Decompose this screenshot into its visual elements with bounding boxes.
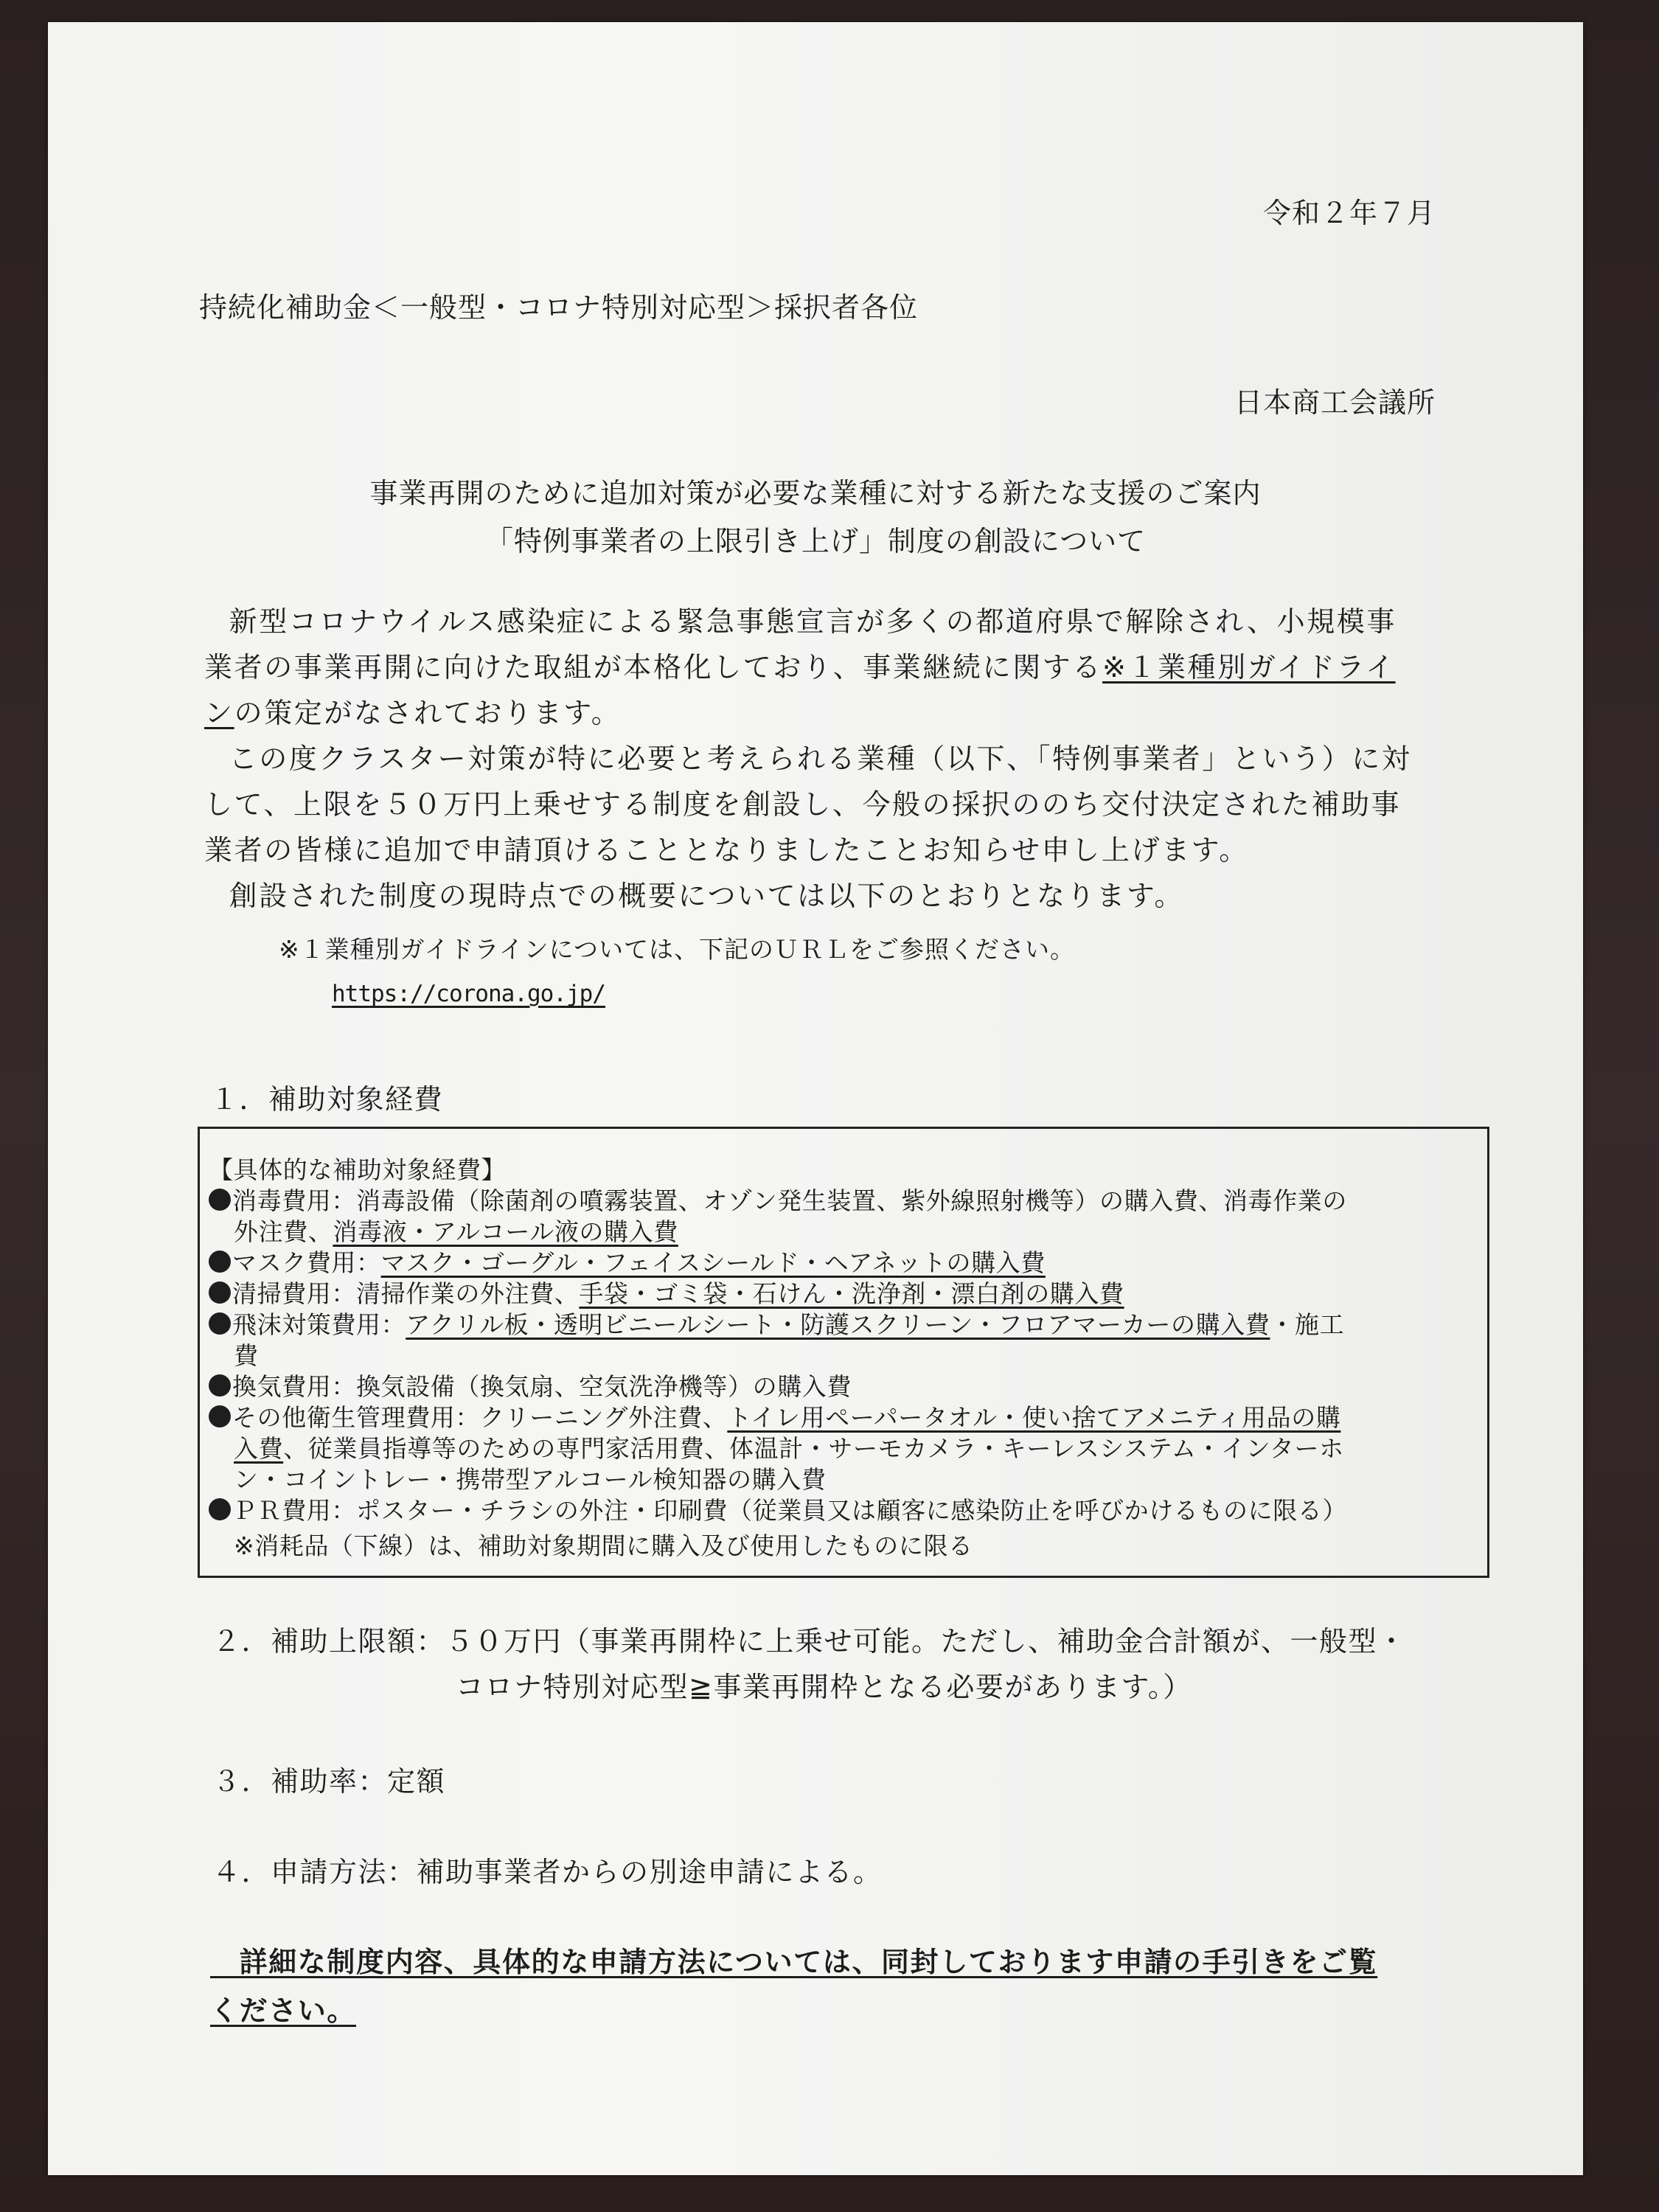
intro-p2-line1: この度クラスター対策が特に必要と考えられる業種（以下、「特例事業者」という）に対 [199, 736, 1411, 776]
expense-item-cleaning: 清掃費用：清掃作業の外注費、手袋・ゴミ袋・石けん・洗浄剤・漂白剤の購入費 [209, 1275, 1124, 1310]
expense-label: その他衛生管理費用： [232, 1403, 480, 1432]
eligible-expenses-box: 【具体的な補助対象経費】 消毒費用：消毒設備（除菌剤の噴霧装置、オゾン発生装置、… [198, 1127, 1489, 1578]
box-title: 【具体的な補助対象経費】 [209, 1151, 506, 1186]
intro-p1-line3: ンの策定がなされております。 [204, 690, 621, 731]
guideline-footnote: ※１業種別ガイドラインについては、下記のＵＲＬをご参照ください。 [279, 931, 1075, 965]
expense-item-disinfection-cont: 外注費、消毒液・アルコール液の購入費 [234, 1213, 678, 1248]
issuer: 日本商工会議所 [1234, 389, 1436, 417]
consumable-text: トイレ用ペーパータオル・使い捨てアメニティ用品の購 [727, 1403, 1340, 1432]
section-3: ３．補助率：定額 [212, 1759, 445, 1799]
consumable-text: アクリル板・透明ビニールシート・防護スクリーン・フロアマーカーの購入費 [406, 1310, 1270, 1339]
expense-text: ・施工 [1270, 1310, 1344, 1339]
expense-label: 飛沫対策費用： [232, 1310, 406, 1339]
expense-label: マスク費用： [232, 1248, 381, 1277]
bullet-icon [209, 1405, 231, 1427]
guideline-url-link[interactable]: https://corona.go.jp/ [332, 981, 605, 1007]
expense-text: 外注費、 [234, 1217, 333, 1246]
bullet-icon [209, 1312, 231, 1335]
bullet-icon [209, 1189, 231, 1211]
intro-p1-line3-text: の策定がなされております。 [234, 697, 622, 729]
consumable-text: マスク・ゴーグル・フェイスシールド・ヘアネットの購入費 [381, 1248, 1046, 1277]
document-title-line2: 「特例事業者の上限引き上げ」制度の創設について [48, 527, 1583, 555]
expense-item-ventilation: 換気費用：換気設備（換気扇、空気洗浄機等）の購入費 [209, 1368, 852, 1402]
expense-text: 、従業員指導等のための専門家活用費、体温計・サーモカメラ・キーレスシステム・イン… [283, 1434, 1344, 1463]
intro-p1-line1: 新型コロナウイルス感染症による緊急事態宣言が多くの都道府県で解除され、小規模事 [199, 599, 1397, 639]
consumables-note: ※消耗品（下線）は、補助対象期間に購入及び使用したものに限る [234, 1527, 973, 1562]
intro-p1-line2-text: 業者の事業再開に向けた取組が本格化しており、事業継続に関する [204, 651, 1102, 684]
expense-item-hygiene: その他衛生管理費用：クリーニング外注費、トイレ用ペーパータオル・使い捨てアメニテ… [209, 1399, 1340, 1433]
bullet-icon [209, 1498, 231, 1520]
expense-text: 清掃作業の外注費、 [356, 1279, 579, 1308]
expense-label: ＰＲ費用： [232, 1496, 356, 1525]
expense-item-mask: マスク費用：マスク・ゴーグル・フェイスシールド・ヘアネットの購入費 [209, 1244, 1046, 1279]
section-1-heading: １．補助対象経費 [210, 1077, 443, 1117]
expense-label: 換気費用： [232, 1372, 356, 1401]
intro-p2-line3: 業者の皆様に追加で申請頂けることとなりましたことお知らせ申し上げます。 [204, 827, 1249, 868]
document-title-line1: 事業再開のために追加対策が必要な業種に対する新たな支援のご案内 [48, 479, 1583, 507]
addressee: 持続化補助金＜一般型・コロナ特別対応型＞採択者各位 [199, 293, 918, 321]
bullet-icon [209, 1374, 231, 1397]
expense-item-droplet-cont: 費 [234, 1337, 259, 1371]
expense-label: 清掃費用： [232, 1279, 356, 1308]
expense-text: 消毒設備（除菌剤の噴霧装置、オゾン発生装置、紫外線照射機等）の購入費、消毒作業の [356, 1186, 1347, 1215]
intro-p2-line2: して、上限を５０万円上乗せする制度を創設し、今般の採択ののち交付決定された補助事 [204, 782, 1401, 822]
section-4: ４．申請方法：補助事業者からの別途申請による。 [212, 1849, 883, 1890]
guideline-reference-link[interactable]: ※１業種別ガイドライ [1102, 651, 1396, 684]
bullet-icon [209, 1281, 231, 1304]
expense-item-pr: ＰＲ費用：ポスター・チラシの外注・印刷費（従業員又は顧客に感染防止を呼びかけるも… [209, 1492, 1347, 1526]
consumable-text: 消毒液・アルコール液の購入費 [333, 1217, 678, 1246]
bullet-icon [209, 1251, 231, 1273]
paper-document: 令和２年７月 持続化補助金＜一般型・コロナ特別対応型＞採択者各位 日本商工会議所… [48, 22, 1583, 2175]
guideline-reference-link-cont[interactable]: ン [204, 697, 234, 729]
intro-p1-line2: 業者の事業再開に向けた取組が本格化しており、事業継続に関する※１業種別ガイドライ [204, 644, 1396, 685]
consumable-text: 手袋・ゴミ袋・石けん・洗浄剤・漂白剤の購入費 [579, 1279, 1124, 1308]
expense-item-hygiene-cont2: ン・コイントレー・携帯型アルコール検知器の購入費 [234, 1461, 826, 1495]
expense-text: ポスター・チラシの外注・印刷費（従業員又は顧客に感染防止を呼びかけるものに限る） [356, 1496, 1347, 1525]
intro-p3-line1: 創設された制度の現時点での概要については以下のとおりとなります。 [199, 873, 1184, 914]
expense-item-droplet: 飛沫対策費用：アクリル板・透明ビニールシート・防護スクリーン・フロアマーカーの購… [209, 1306, 1344, 1340]
section-2-line1: ２．補助上限額：５０万円（事業再開枠に上乗せ可能。ただし、補助金合計額が、一般型… [212, 1618, 1407, 1659]
closing-line1: 詳細な制度内容、具体的な申請方法については、同封しております申請の手引きをご覧 [210, 1939, 1377, 1980]
section-2-line2: コロナ特別対応型≧事業再開枠となる必要があります。） [456, 1664, 1192, 1705]
document-date: 令和２年７月 [1263, 199, 1436, 227]
expense-item-hygiene-cont: 入費、従業員指導等のための専門家活用費、体温計・サーモカメラ・キーレスシステム・… [234, 1430, 1344, 1464]
closing-line2: ください。 [210, 1988, 356, 2028]
expense-label: 消毒費用： [232, 1186, 356, 1215]
expense-item-disinfection: 消毒費用：消毒設備（除菌剤の噴霧装置、オゾン発生装置、紫外線照射機等）の購入費、… [209, 1182, 1347, 1217]
expense-text: 換気設備（換気扇、空気洗浄機等）の購入費 [356, 1372, 852, 1401]
expense-text: クリーニング外注費、 [480, 1403, 727, 1432]
consumable-text: 入費 [234, 1434, 283, 1463]
